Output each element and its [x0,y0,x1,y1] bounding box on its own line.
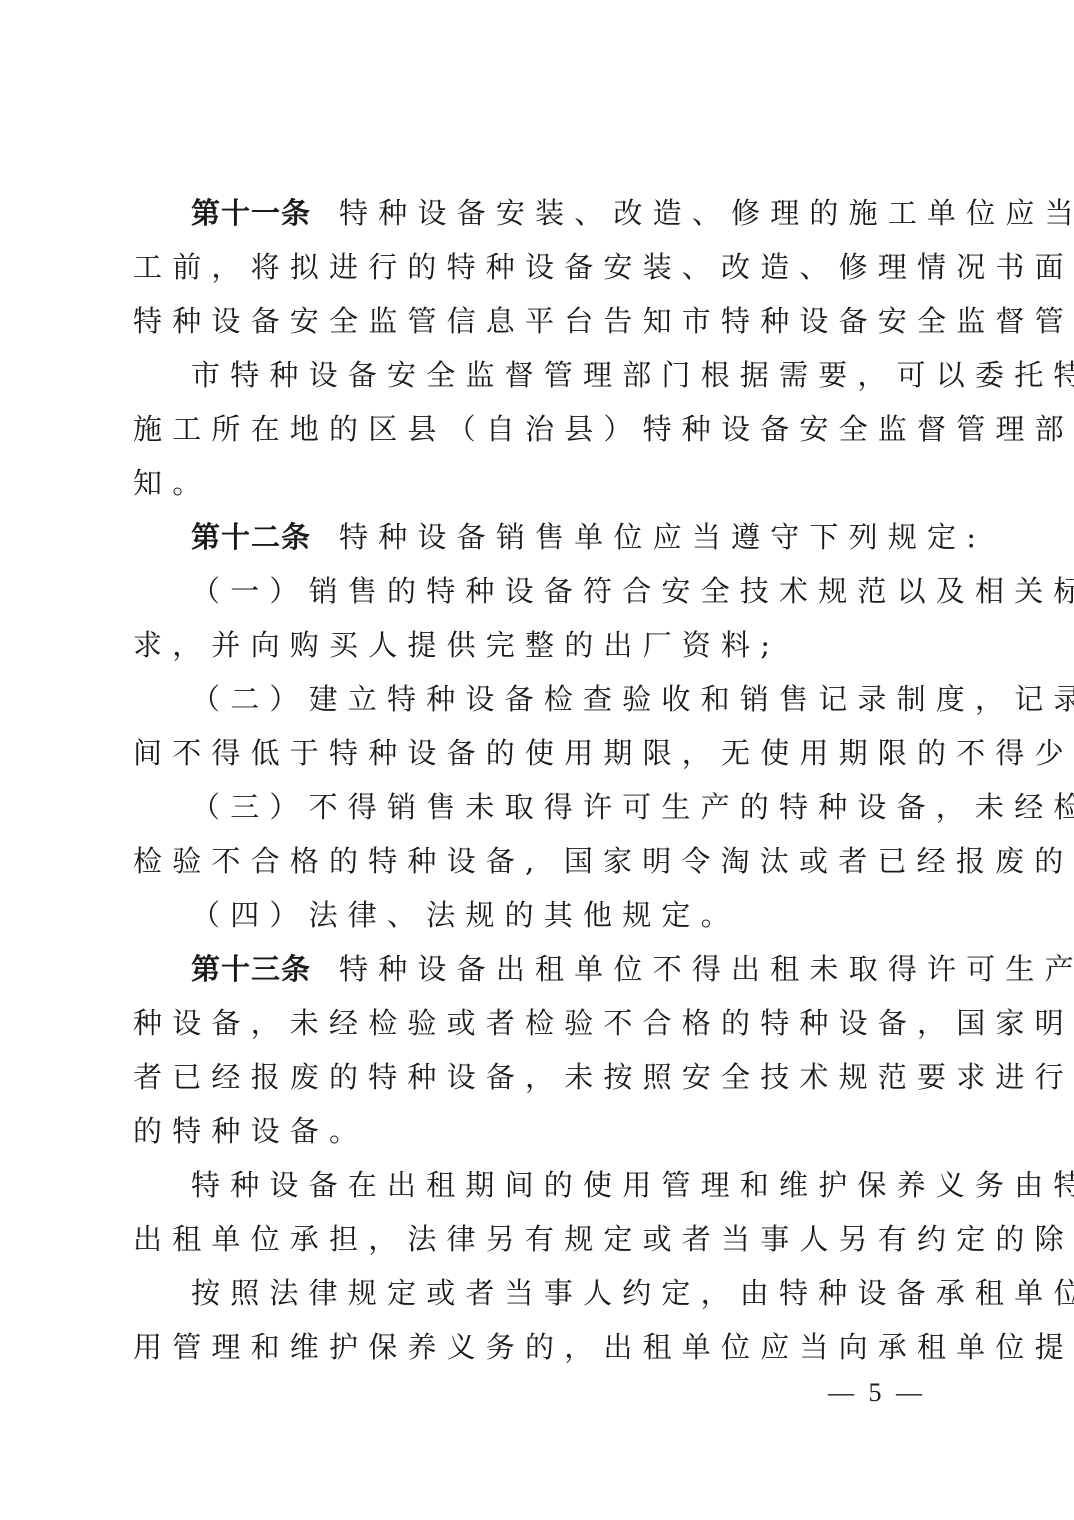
page-number: — 5 — [828,1378,926,1408]
article-13-line-4: 的特种设备。 [133,1108,945,1162]
article-13-para-2-line-1: 特种设备在出租期间的使用管理和维护保养义务由特种设备 [133,1162,945,1216]
article-11-para-2-line-3: 知。 [133,460,945,514]
article-heading: 第十一条 [191,196,311,230]
article-12-line-1: 第十二条特种设备销售单位应当遵守下列规定: [133,514,945,568]
article-12-item-1-line-2: 求，并向购买人提供完整的出厂资料; [133,622,945,676]
article-heading: 第十二条 [191,520,311,554]
document-page: 第十一条特种设备安装、改造、修理的施工单位应当在施 工前，将拟进行的特种设备安装… [133,190,945,1378]
article-11-line-3: 特种设备安全监管信息平台告知市特种设备安全监督管理部门。 [133,298,945,352]
article-12-item-1-line-1: （一）销售的特种设备符合安全技术规范以及相关标准的要 [133,568,945,622]
article-heading: 第十三条 [191,952,311,986]
article-12-item-2-line-2: 间不得低于特种设备的使用期限，无使用期限的不得少于十年; [133,730,945,784]
article-13-para-3-line-1: 按照法律规定或者当事人约定，由特种设备承租单位承担使 [133,1270,945,1324]
article-11-line-2: 工前，将拟进行的特种设备安装、改造、修理情况书面或者通过 [133,244,945,298]
article-12-item-4-line-1: （四）法律、法规的其他规定。 [133,892,945,946]
article-12-item-3-line-2: 检验不合格的特种设备, 国家明令淘汰或者已经报废的特种设备; [133,838,945,892]
article-13-para-3-line-2: 用管理和维护保养义务的，出租单位应当向承租单位提供相关技 [133,1324,945,1378]
article-11-line-1: 第十一条特种设备安装、改造、修理的施工单位应当在施 [133,190,945,244]
article-13-line-3: 者已经报废的特种设备，未按照安全技术规范要求进行维护保养 [133,1054,945,1108]
article-13-line-2: 种设备，未经检验或者检验不合格的特种设备，国家明令淘汰或 [133,1000,945,1054]
article-11-para-2-line-1: 市特种设备安全监督管理部门根据需要，可以委托特种设备 [133,352,945,406]
article-13-line-1: 第十三条特种设备出租单位不得出租未取得许可生产的特 [133,946,945,1000]
article-12-item-3-line-1: （三）不得销售未取得许可生产的特种设备，未经检验或者 [133,784,945,838]
article-11-para-2-line-2: 施工所在地的区县（自治县）特种设备安全监督管理部门接受告 [133,406,945,460]
article-13-para-2-line-2: 出租单位承担，法律另有规定或者当事人另有约定的除外。 [133,1216,945,1270]
article-12-item-2-line-1: （二）建立特种设备检查验收和销售记录制度，记录保存时 [133,676,945,730]
